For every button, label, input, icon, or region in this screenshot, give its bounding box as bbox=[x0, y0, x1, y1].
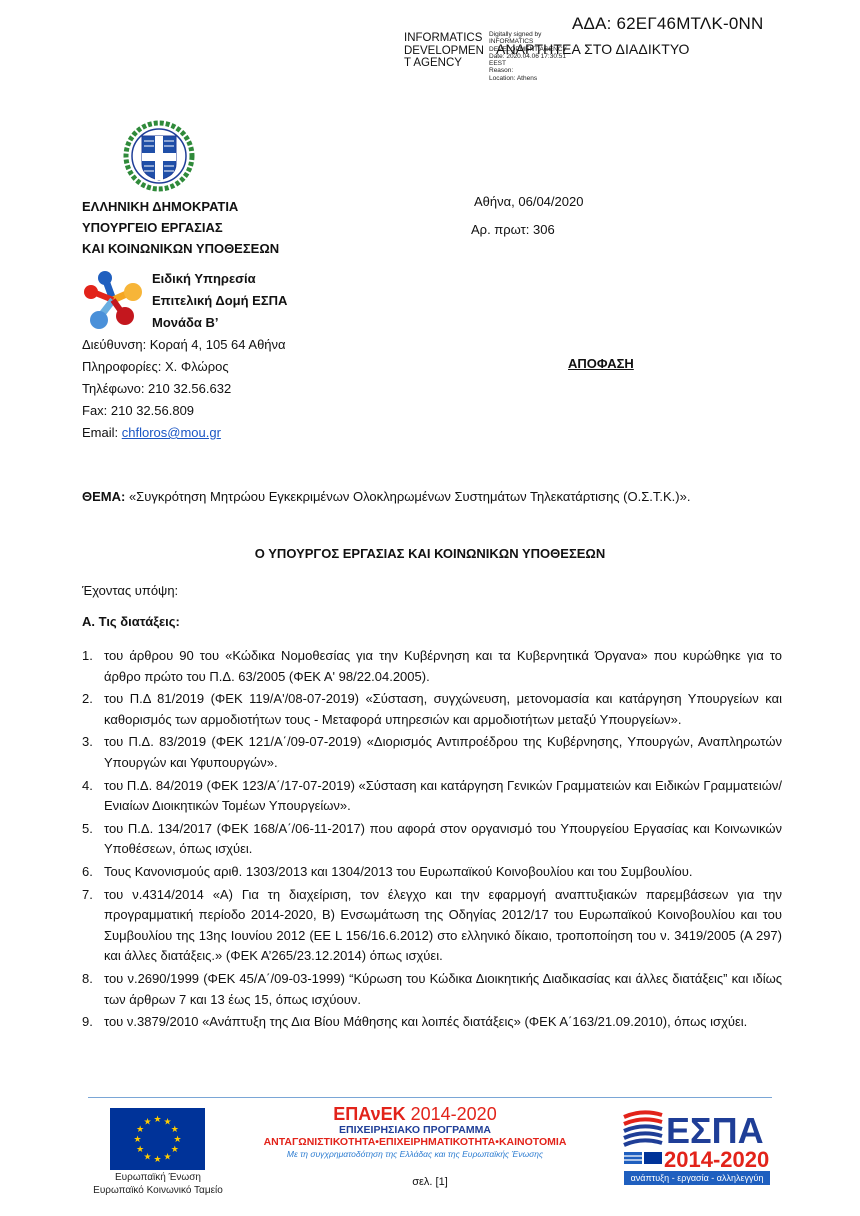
signer-line: INFORMATICS bbox=[404, 32, 484, 45]
greek-coat-of-arms-icon bbox=[123, 120, 195, 192]
decision-title: ΑΠΟΦΑΣΗ bbox=[568, 356, 634, 371]
svg-text:ΕΣΠΑ: ΕΣΠΑ bbox=[666, 1110, 764, 1151]
svg-text:★: ★ bbox=[153, 1114, 161, 1124]
subject-label: ΘΕΜΑ: bbox=[82, 489, 125, 504]
contact-details: Διεύθυνση: Κοραή 4, 105 64 Αθήνα Πληροφο… bbox=[82, 334, 286, 444]
svg-text:★: ★ bbox=[173, 1134, 181, 1144]
ministry-line: ΥΠΟΥΡΓΕΙΟ ΕΡΓΑΣΙΑΣ bbox=[82, 217, 279, 238]
provision-number: 5. bbox=[82, 819, 93, 840]
provision-text: του Π.Δ 81/2019 (ΦΕΚ 119/Α'/08-07-2019) … bbox=[104, 691, 782, 727]
provision-text: Τους Κανονισμούς αριθ. 1303/2013 και 130… bbox=[104, 864, 692, 879]
svg-text:2014-2020: 2014-2020 bbox=[664, 1147, 769, 1172]
fax: Fax: 210 32.56.809 bbox=[82, 400, 286, 422]
provision-number: 7. bbox=[82, 885, 93, 906]
subject-line: ΘΕΜΑ: «Συγκρότηση Μητρώου Εγκεκριμένων Ο… bbox=[82, 489, 690, 504]
svg-text:★: ★ bbox=[171, 1144, 179, 1154]
svg-text:★: ★ bbox=[133, 1134, 141, 1144]
provision-text: του Π.Δ. 83/2019 (ΦΕΚ 121/Α΄/09-07-2019)… bbox=[104, 734, 782, 770]
svg-text:★: ★ bbox=[143, 1117, 151, 1127]
epanek-years: 2014-2020 bbox=[406, 1104, 497, 1124]
signature-line: Digitally signed by bbox=[489, 31, 567, 38]
email-link[interactable]: chfloros@mou.gr bbox=[122, 425, 221, 440]
provision-text: του ν.4314/2014 «Α) Για τη διαχείριση, τ… bbox=[104, 887, 782, 964]
signature-line: Location: Athens bbox=[489, 75, 567, 82]
phone: Τηλέφωνο: 210 32.56.632 bbox=[82, 378, 286, 400]
provision-item: 5.του Π.Δ. 134/2017 (ΦΕΚ 168/Α΄/06-11-20… bbox=[82, 819, 782, 860]
unit-header: Ειδική Υπηρεσία Επιτελική Δομή ΕΣΠΑ Μονά… bbox=[152, 268, 287, 334]
footer-divider bbox=[88, 1097, 772, 1098]
provision-number: 9. bbox=[82, 1012, 93, 1033]
epanek-logo: ΕΠΑνΕΚ 2014-2020 ΕΠΙΧΕΙΡΗΣΙΑΚΟ ΠΡΟΓΡΑΜΜΑ… bbox=[240, 1104, 590, 1160]
unit-line: Επιτελική Δομή ΕΣΠΑ bbox=[152, 290, 287, 312]
unit-line: Ειδική Υπηρεσία bbox=[152, 268, 287, 290]
svg-text:★: ★ bbox=[163, 1151, 171, 1161]
provision-number: 1. bbox=[82, 646, 93, 667]
epanek-cofunding: Με τη συγχρηματοδότηση της Ελλάδας και τ… bbox=[240, 1149, 590, 1160]
provision-number: 8. bbox=[82, 969, 93, 990]
signer-organization: INFORMATICS DEVELOPMEN T AGENCY bbox=[404, 32, 484, 70]
ministry-line: ΚΑΙ ΚΟΙΝΩΝΙΚΩΝ ΥΠΟΘΕΣΕΩΝ bbox=[82, 238, 279, 259]
signature-line: Reason: bbox=[489, 67, 567, 74]
unit-line: Μονάδα Β’ bbox=[152, 312, 287, 334]
eu-flag-icon: ★★★★★★★★★★★★ bbox=[110, 1108, 205, 1170]
provision-item: 8.του ν.2690/1999 (ΦΕΚ 45/Α΄/09-03-1999)… bbox=[82, 969, 782, 1010]
address: Διεύθυνση: Κοραή 4, 105 64 Αθήνα bbox=[82, 334, 286, 356]
provision-item: 6.Τους Κανονισμούς αριθ. 1303/2013 και 1… bbox=[82, 862, 782, 883]
contact-person: Πληροφορίες: Χ. Φλώρος bbox=[82, 356, 286, 378]
signer-line: DEVELOPMEN bbox=[404, 45, 484, 58]
signature-line: EEST bbox=[489, 60, 567, 67]
svg-text:★: ★ bbox=[136, 1144, 144, 1154]
provision-number: 6. bbox=[82, 862, 93, 883]
having-regard: Έχοντας υπόψη: bbox=[82, 583, 178, 598]
epanek-slogan: ΑΝΤΑΓΩΝΙΣΤΙΚΟΤΗΤΑ•ΕΠΙΧΕΙΡΗΜΑΤΙΚΟΤΗΤΑ•ΚΑΙ… bbox=[240, 1136, 590, 1149]
espa-unit-logo-icon bbox=[83, 270, 145, 330]
provision-item: 3.του Π.Δ. 83/2019 (ΦΕΚ 121/Α΄/09-07-201… bbox=[82, 732, 782, 773]
subject-text: «Συγκρότηση Μητρώου Εγκεκριμένων Ολοκληρ… bbox=[125, 489, 690, 504]
provision-item: 4.του Π.Δ. 84/2019 (ΦΕΚ 123/Α΄/17-07-201… bbox=[82, 776, 782, 817]
provision-text: του Π.Δ. 134/2017 (ΦΕΚ 168/Α΄/06-11-2017… bbox=[104, 821, 782, 857]
provision-text: του ν.2690/1999 (ΦΕΚ 45/Α΄/09-03-1999) “… bbox=[104, 971, 782, 1007]
minister-title: Ο ΥΠΟΥΡΓΟΣ ΕΡΓΑΣΙΑΣ ΚΑΙ ΚΟΙΝΩΝΙΚΩΝ ΥΠΟΘΕ… bbox=[0, 546, 860, 561]
document-date: Αθήνα, 06/04/2020 bbox=[474, 194, 583, 209]
ada-code: ΑΔΑ: 62ΕΓ46ΜΤΛΚ-0ΝΝ bbox=[572, 14, 763, 34]
provision-item: 1.του άρθρου 90 του «Κώδικα Νομοθεσίας γ… bbox=[82, 646, 782, 687]
provision-text: του ν.3879/2010 «Ανάπτυξη της Δια Βίου Μ… bbox=[104, 1014, 747, 1029]
provision-number: 4. bbox=[82, 776, 93, 797]
email-row: Email: chfloros@mou.gr bbox=[82, 422, 286, 444]
protocol-number: Αρ. πρωτ: 306 bbox=[471, 222, 555, 237]
provisions-list: 1.του άρθρου 90 του «Κώδικα Νομοθεσίας γ… bbox=[82, 646, 782, 1035]
svg-text:ανάπτυξη - εργασία - αλληλεγγύ: ανάπτυξη - εργασία - αλληλεγγύη bbox=[631, 1173, 764, 1183]
provision-item: 2.του Π.Δ 81/2019 (ΦΕΚ 119/Α'/08-07-2019… bbox=[82, 689, 782, 730]
provision-text: του Π.Δ. 84/2019 (ΦΕΚ 123/Α΄/17-07-2019)… bbox=[104, 778, 782, 814]
signer-line: T AGENCY bbox=[404, 57, 484, 70]
provision-item: 9.του ν.3879/2010 «Ανάπτυξη της Δια Βίου… bbox=[82, 1012, 782, 1033]
provision-number: 2. bbox=[82, 689, 93, 710]
provisions-heading: Α. Τις διατάξεις: bbox=[82, 614, 180, 629]
espa-2014-2020-logo-icon: ΕΣΠΑ 2014-2020 ανάπτυξη - εργασία - αλλη… bbox=[622, 1105, 772, 1187]
epanek-program: ΕΠΙΧΕΙΡΗΣΙΑΚΟ ΠΡΟΓΡΑΜΜΑ bbox=[240, 1124, 590, 1136]
posting-notice: ΑΝΑΡΤΗΤΕΑ ΣΤΟ ΔΙΑΔΙΚΤΥΟ bbox=[496, 41, 690, 57]
provision-number: 3. bbox=[82, 732, 93, 753]
provision-text: του άρθρου 90 του «Κώδικα Νομοθεσίας για… bbox=[104, 648, 782, 684]
svg-text:★: ★ bbox=[143, 1151, 151, 1161]
epanek-title: ΕΠΑνΕΚ 2014-2020 bbox=[240, 1104, 590, 1124]
epanek-name: ΕΠΑνΕΚ bbox=[333, 1104, 405, 1124]
ministry-line: ΕΛΛΗΝΙΚΗ ΔΗΜΟΚΡΑΤΙΑ bbox=[82, 196, 279, 217]
ministry-header: ΕΛΛΗΝΙΚΗ ΔΗΜΟΚΡΑΤΙΑ ΥΠΟΥΡΓΕΙΟ ΕΡΓΑΣΙΑΣ Κ… bbox=[82, 196, 279, 259]
email-label: Email: bbox=[82, 425, 122, 440]
svg-text:★: ★ bbox=[153, 1154, 161, 1164]
svg-text:★: ★ bbox=[171, 1124, 179, 1134]
provision-item: 7.του ν.4314/2014 «Α) Για τη διαχείριση,… bbox=[82, 885, 782, 967]
